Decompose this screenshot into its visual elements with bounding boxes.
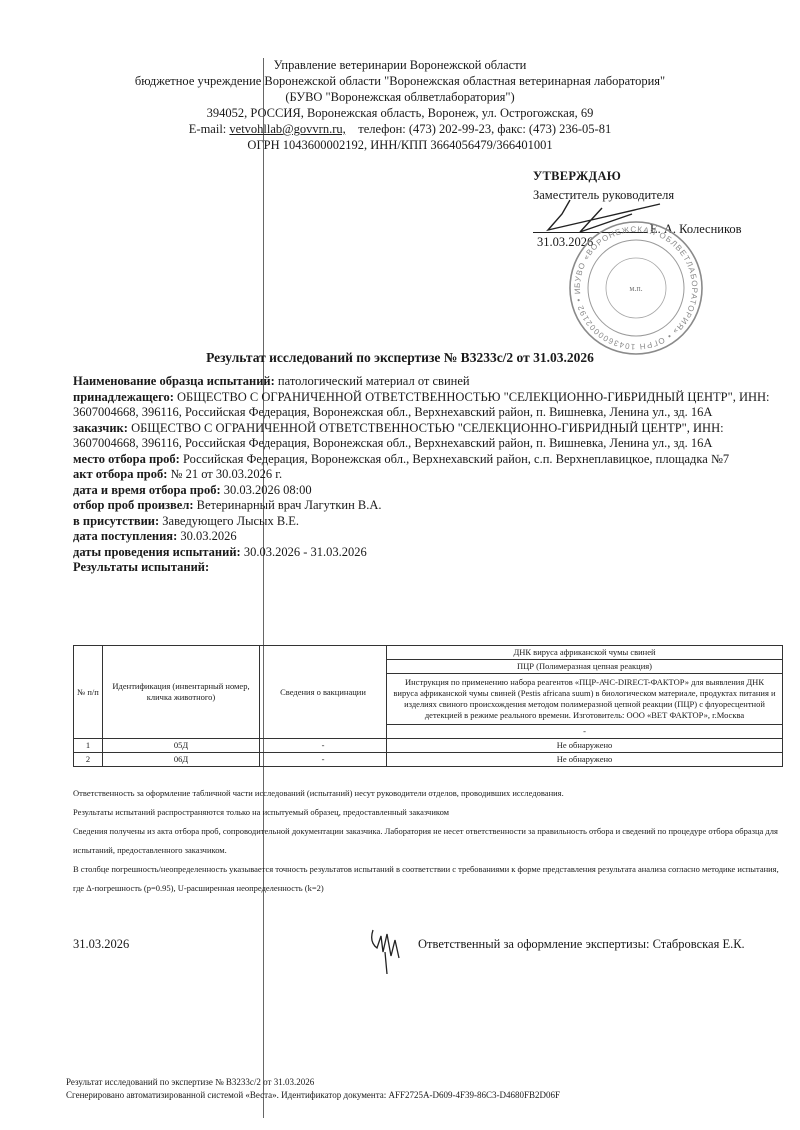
field-owner: принадлежащего: ОБЩЕСТВО С ОГРАНИЧЕННОЙ … bbox=[73, 390, 788, 421]
responsible-signature-icon bbox=[365, 922, 410, 977]
note-scope: Результаты испытаний распространяются то… bbox=[73, 803, 788, 822]
field-value: Заведующего Лысых В.Е. bbox=[159, 514, 299, 528]
field-sample-name: Наименование образца испытаний: патологи… bbox=[73, 374, 788, 390]
note-uncertainty: В столбце погрешность/неопределенность у… bbox=[73, 860, 788, 898]
signoff-date: 31.03.2026 bbox=[73, 937, 129, 952]
header-contacts: E-mail: vetvohllab@govvrn.ru, телефон: (… bbox=[0, 121, 800, 137]
field-sampling-datetime: дата и время отбора проб: 30.03.2026 08:… bbox=[73, 483, 788, 499]
field-label: в присутствии: bbox=[73, 514, 159, 528]
header-institution: бюджетное учреждение Воронежской области… bbox=[0, 73, 800, 89]
field-label: отбор проб произвел: bbox=[73, 498, 194, 512]
field-presence: в присутствии: Заведующего Лысых В.Е. bbox=[73, 514, 788, 530]
row-result: Не обнаружено bbox=[387, 753, 783, 767]
field-value: 30.03.2026 - 31.03.2026 bbox=[241, 545, 367, 559]
field-label: акт отбора проб: bbox=[73, 467, 167, 481]
field-label: заказчик: bbox=[73, 421, 128, 435]
field-label: место отбора проб: bbox=[73, 452, 180, 466]
field-sampled-by: отбор проб произвел: Ветеринарный врач Л… bbox=[73, 498, 788, 514]
phone-fax: телефон: (473) 202-99-23, факс: (473) 23… bbox=[358, 122, 611, 136]
header-method: ПЦР (Полимеразная цепная реакция) bbox=[387, 660, 783, 674]
field-test-dates: даты проведения испытаний: 30.03.2026 - … bbox=[73, 545, 788, 561]
field-sampling-act: акт отбора проб: № 21 от 30.03.2026 г. bbox=[73, 467, 788, 483]
field-results-heading: Результаты испытаний: bbox=[73, 560, 788, 576]
header-ministry: Управление ветеринарии Воронежской облас… bbox=[0, 57, 800, 73]
email-link[interactable]: vetvohllab@govvrn.ru, bbox=[229, 122, 345, 136]
field-value: Ветеринарный врач Лагуткин В.А. bbox=[194, 498, 382, 512]
footer-reference: Результат исследований по экспертизе № В… bbox=[66, 1076, 560, 1089]
field-receipt-date: дата поступления: 30.03.2026 bbox=[73, 529, 788, 545]
table-row: 1 05Д - Не обнаружено bbox=[74, 739, 783, 753]
responsible-person: Ответственный за оформление экспертизы: … bbox=[418, 937, 745, 952]
email-label: E-mail: bbox=[189, 122, 227, 136]
notes: Ответственность за оформление табличной … bbox=[73, 784, 788, 898]
row-vacc: - bbox=[260, 753, 387, 767]
field-value: ОБЩЕСТВО С ОГРАНИЧЕННОЙ ОТВЕТСТВЕННОСТЬЮ… bbox=[73, 390, 770, 420]
header-short-name: (БУВО "Воронежская облветлаборатория") bbox=[0, 89, 800, 105]
table-row: 2 06Д - Не обнаружено bbox=[74, 753, 783, 767]
document-title: Результат исследований по экспертизе № В… bbox=[0, 350, 800, 366]
header-registration: ОГРН 1043600002192, ИНН/КПП 3664056479/3… bbox=[0, 137, 800, 153]
organization-header: Управление ветеринарии Воронежской облас… bbox=[0, 57, 800, 153]
field-value: 30.03.2026 08:00 bbox=[221, 483, 312, 497]
header-identification: Идентификация (инвентарный номер, кличка… bbox=[103, 646, 260, 739]
official-stamp-icon: БУВО «ВОРОНЕЖСКАЯ ОБЛВЕТЛАБОРАТОРИЯ» • О… bbox=[566, 218, 706, 358]
field-label: даты проведения испытаний: bbox=[73, 545, 241, 559]
field-label: дата и время отбора проб: bbox=[73, 483, 221, 497]
document-footer: Результат исследований по экспертизе № В… bbox=[66, 1076, 560, 1102]
row-vacc: - bbox=[260, 739, 387, 753]
header-vaccination: Сведения о вакцинации bbox=[260, 646, 387, 739]
field-value: Российская Федерация, Воронежская обл., … bbox=[180, 452, 729, 466]
scan-artifact-line bbox=[263, 58, 264, 1118]
note-responsibility: Ответственность за оформление табличной … bbox=[73, 784, 788, 803]
row-num: 1 bbox=[74, 739, 103, 753]
header-normative-doc: Инструкция по применению набора реагенто… bbox=[387, 674, 783, 725]
field-sampling-place: место отбора проб: Российская Федерация,… bbox=[73, 452, 788, 468]
field-label: Наименование образца испытаний: bbox=[73, 374, 275, 388]
approval-title: УТВЕРЖДАЮ bbox=[533, 167, 674, 186]
header-address: 394052, РОССИЯ, Воронежская область, Вор… bbox=[0, 105, 800, 121]
sample-info-fields: Наименование образца испытаний: патологи… bbox=[73, 374, 788, 576]
row-num: 2 bbox=[74, 753, 103, 767]
field-label: Результаты испытаний: bbox=[73, 560, 209, 574]
note-source: Сведения получены из акта отбора проб, с… bbox=[73, 822, 788, 860]
header-norm-value: - bbox=[387, 725, 783, 739]
row-result: Не обнаружено bbox=[387, 739, 783, 753]
field-value: ОБЩЕСТВО С ОГРАНИЧЕННОЙ ОТВЕТСТВЕННОСТЬЮ… bbox=[73, 421, 724, 451]
stamp-center-text: м.п. bbox=[629, 284, 642, 293]
field-value: 30.03.2026 bbox=[177, 529, 236, 543]
field-customer: заказчик: ОБЩЕСТВО С ОГРАНИЧЕННОЙ ОТВЕТС… bbox=[73, 421, 788, 452]
row-ident: 05Д bbox=[103, 739, 260, 753]
field-label: дата поступления: bbox=[73, 529, 177, 543]
header-indicator: ДНК вируса африканской чумы свиней bbox=[387, 646, 783, 660]
field-label: принадлежащего: bbox=[73, 390, 174, 404]
row-ident: 06Д bbox=[103, 753, 260, 767]
field-value: № 21 от 30.03.2026 г. bbox=[167, 467, 282, 481]
results-table: № п/п Идентификация (инвентарный номер, … bbox=[73, 645, 783, 767]
footer-generated-by: Сгенерировано автоматизированной системо… bbox=[66, 1089, 560, 1102]
header-num: № п/п bbox=[74, 646, 103, 739]
field-value: патологический материал от свиней bbox=[275, 374, 470, 388]
